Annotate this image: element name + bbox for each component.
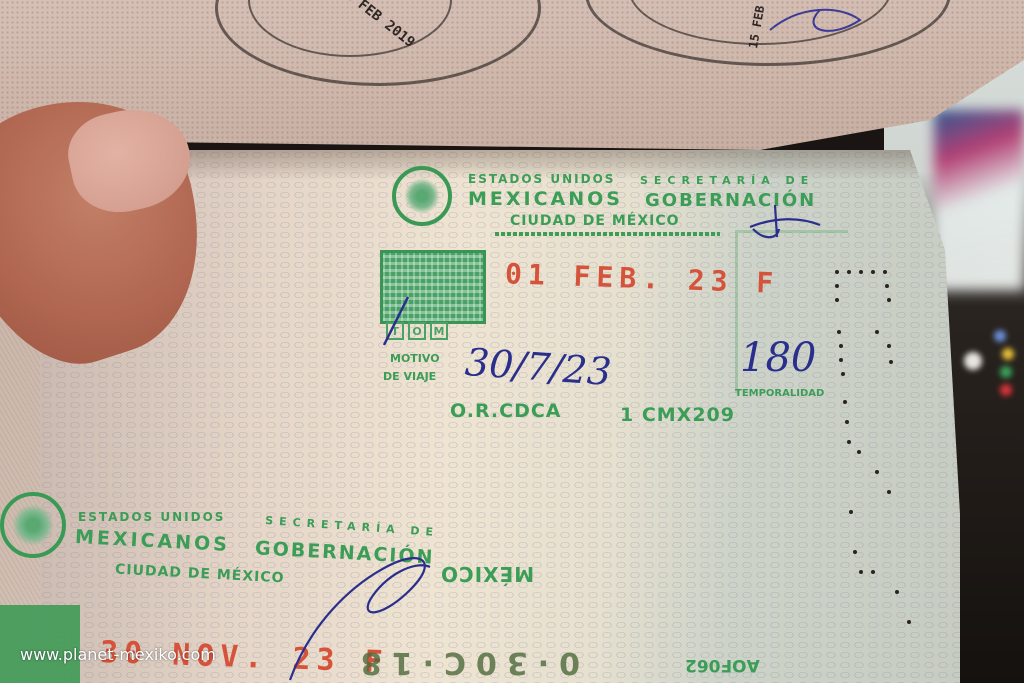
purpose-box-m: M bbox=[430, 322, 448, 340]
mexico-seal-icon-lower bbox=[0, 492, 66, 558]
stamp-ministry-line1: SECRETARÍA DE bbox=[640, 174, 814, 187]
stamp-office-code: O.R.CDCA bbox=[450, 400, 562, 422]
motivo-label-2: DE VIAJE bbox=[383, 370, 436, 383]
signature-large bbox=[290, 545, 450, 683]
stamp-country-line2: MEXICANOS bbox=[468, 188, 623, 210]
background-blurred-object bbox=[934, 110, 1024, 290]
lower-stamp-country-line1: ESTADOS UNIDOS bbox=[78, 510, 225, 524]
old-stamp-date: 11 FEB 2019 bbox=[335, 0, 418, 51]
stamp-country-line1: ESTADOS UNIDOS bbox=[468, 172, 615, 186]
background-blurred-lights bbox=[964, 330, 1014, 410]
old-stamp-circle bbox=[215, 0, 541, 86]
old-stamp-date-right: 15 FEB bbox=[746, 4, 767, 49]
lower-stamp-qr-code bbox=[0, 605, 80, 683]
stamp-microtext bbox=[495, 232, 720, 236]
passport-photo: 11 FEB 2019 15 FEB ESTADOS UNIDOS SECRET… bbox=[0, 0, 1024, 683]
website-watermark: www.planet-mexiko.com bbox=[20, 645, 216, 664]
signature-mark bbox=[745, 205, 825, 245]
old-signature bbox=[760, 0, 880, 50]
faded-stamp-outline bbox=[735, 230, 848, 393]
upside-down-code: AOF062 bbox=[685, 655, 760, 675]
stamp-city: CIUDAD DE MÉXICO bbox=[510, 213, 680, 229]
upside-down-country: MÉXICO bbox=[440, 562, 534, 586]
old-stamp-circle-right bbox=[585, 0, 951, 66]
stamp-office-code-2: 1 CMX209 bbox=[620, 404, 735, 426]
mexico-seal-icon bbox=[392, 166, 452, 226]
pen-stroke bbox=[380, 295, 420, 355]
